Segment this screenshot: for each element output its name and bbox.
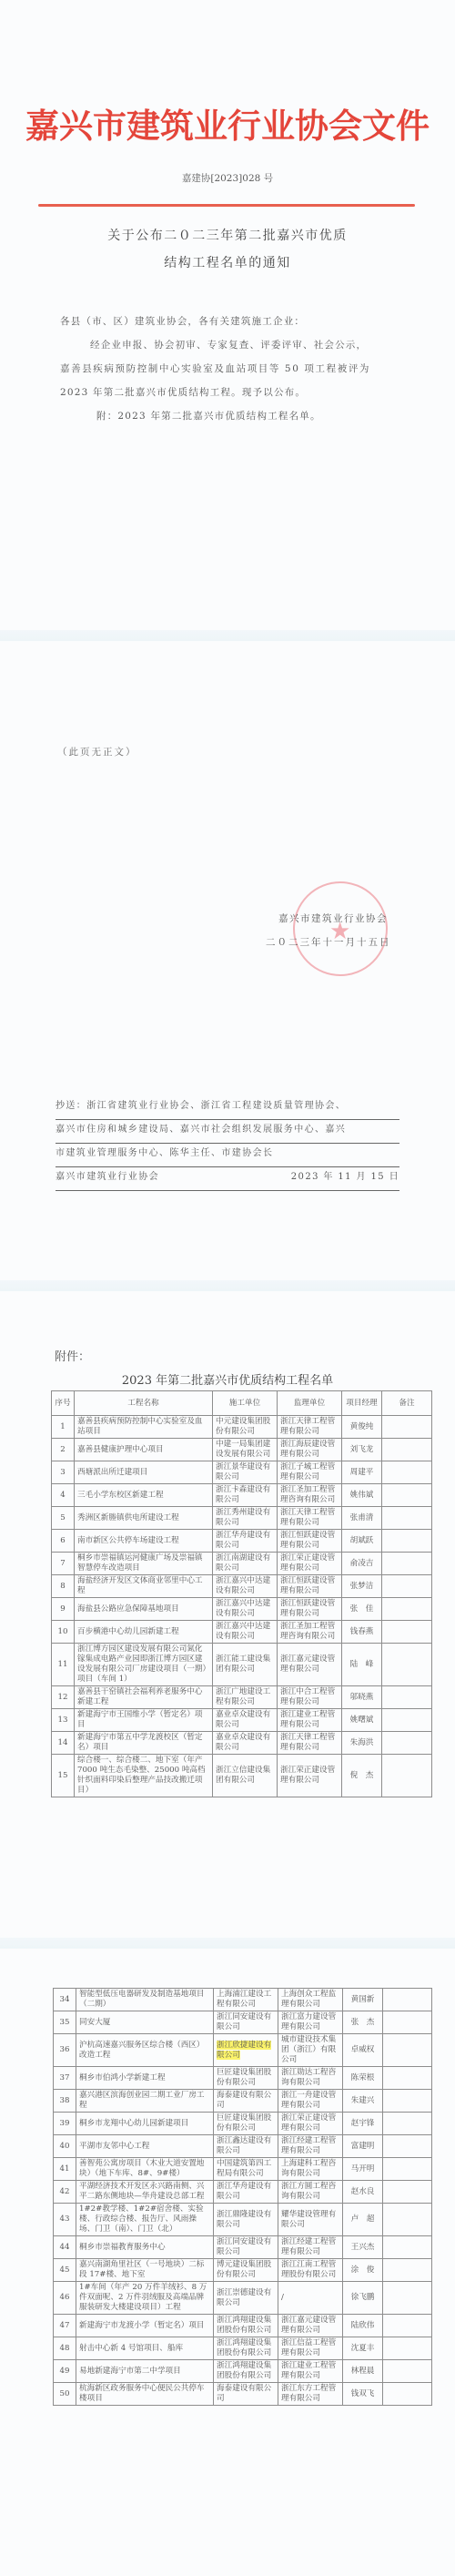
- note-cell: [383, 2113, 432, 2135]
- row-number-cell: 13: [52, 1709, 75, 1732]
- project-manager: 涂 俊: [351, 2265, 375, 2275]
- project-name-cell: 沪杭高速嘉兴服务区综合楼（西区）改造工程: [76, 2034, 214, 2067]
- supervisor-cell: 浙江嘉元建设管理有限公司: [278, 2315, 343, 2337]
- note-cell: [382, 1575, 432, 1598]
- contractor-cell: 浙江同安建设有限公司: [214, 2236, 278, 2259]
- row-number-cell: 43: [54, 2204, 76, 2236]
- row-number-cell: 14: [52, 1732, 75, 1755]
- contractor: 浙江华舟建设有限公司: [217, 2182, 271, 2201]
- supervisor: 浙江恒跃建设管理有限公司: [280, 1599, 335, 1618]
- contractor: 浙江能工建设集团有限公司: [216, 1655, 270, 1674]
- table-row: 48射击中心新 4 号馆项目、船库浙江鸿翔建设集团股份有限公司浙江信益工程管理有…: [54, 2337, 432, 2360]
- row-number-cell: 49: [54, 2360, 76, 2383]
- row-number-cell: 1: [52, 1416, 75, 1439]
- project-name: 善智苑公寓房项目（木业大道安置地块）（地下车库、8#、9#楼）: [79, 2159, 205, 2178]
- project-name-cell: 智能型低压电器研发及制造基地项目（二期）: [76, 1989, 214, 2011]
- note-cell: [382, 1461, 432, 1484]
- project-name: 智能型低压电器研发及制造基地项目（二期）: [79, 1990, 205, 2009]
- project-name-cell: 综合楼一、综合楼二、地下室（年产 7000 吨生态毛染整、25000 吨高档针织…: [75, 1755, 213, 1797]
- note-cell: [382, 1530, 432, 1553]
- project-name: 桐乡市崇福镇运河健康广场及崇福镇智慧停车改造项目: [77, 1553, 203, 1573]
- contractor-cell: 嘉业卓众建设有限公司: [213, 1709, 278, 1732]
- project-manager-cell: 张梦洁: [342, 1575, 382, 1598]
- project-manager-cell: 徐飞鹏: [343, 2282, 383, 2315]
- cc-line: 抄送：浙江省建筑业行业协会、浙江省工程建设质量管理协会、: [56, 1096, 399, 1120]
- supervisor-cell: 浙江荣正建设管理有限公司: [278, 2113, 343, 2135]
- project-manager: 王兴杰: [351, 2243, 375, 2252]
- note-cell: [382, 1439, 432, 1461]
- page-break: [0, 1938, 455, 1949]
- project-name-cell: 1#2#教学楼、1#2#宿舍楼、实验楼、行政综合楼、报告厅、风雨操场、门卫（南）…: [76, 2204, 214, 2236]
- note-cell: [383, 2337, 432, 2360]
- row-number-cell: 40: [54, 2135, 76, 2158]
- row-number-cell: 11: [52, 1644, 75, 1686]
- contractor-cell: 海泰建设有限公司: [214, 2383, 278, 2406]
- supervisor: 浙江经建工程管理有限公司: [281, 2136, 336, 2155]
- project-name: 综合楼一、综合楼二、地下室（年产 7000 吨生态毛染整、25000 吨高档针织…: [77, 1756, 206, 1795]
- project-manager: 卓威权: [351, 2045, 375, 2054]
- supervisor-cell: 上海建科工程咨询有限公司: [278, 2158, 343, 2181]
- project-manager: 卢 超: [351, 2215, 375, 2224]
- supervisor: 浙江圣加工程管理咨询有限公司: [280, 1622, 335, 1641]
- supervisor-cell: 浙江荣正建设管理有限公司: [278, 1553, 342, 1575]
- supervisor-cell: 浙江经建工程管理有限公司: [278, 2236, 343, 2259]
- row-number: 5: [60, 1513, 65, 1522]
- row-number: 40: [60, 2142, 70, 2151]
- official-seal: ★: [293, 881, 388, 976]
- project-manager-cell: 赵水良: [343, 2181, 383, 2204]
- row-number: 37: [60, 2073, 70, 2082]
- supervisor-cell: 浙江信益工程管理有限公司: [278, 2337, 343, 2360]
- project-name-cell: 百步横港中心幼儿园新建工程: [75, 1621, 213, 1644]
- table-row: 39桐乡市龙翔中心幼儿园新建项目巨匠建设集团股份有限公司浙江荣正建设管理有限公司…: [54, 2113, 432, 2135]
- project-name: 嘉善县健康护理中心项目: [77, 1445, 164, 1454]
- supervisor: 浙江方圆工程咨询有限公司: [281, 2182, 336, 2201]
- supervisor-cell: 浙江天律工程管理有限公司: [278, 1416, 342, 1439]
- project-name: 新建海宁市龙渡小学（暂定名）项目: [79, 2321, 205, 2330]
- cc-block: 抄送：浙江省建筑业行业协会、浙江省工程建设质量管理协会、 嘉兴市住房和城乡建设局…: [56, 1096, 399, 1191]
- contractor-cell: 浙江华舟建设有限公司: [213, 1530, 278, 1553]
- note-cell: [383, 2135, 432, 2158]
- supervisor-cell: 浙江方圆工程咨询有限公司: [278, 2181, 343, 2204]
- contractor: 巨匠建设集团股份有限公司: [217, 2068, 271, 2087]
- project-manager-cell: 卢 超: [343, 2204, 383, 2236]
- contractor: 浙江鼎隆建设有限公司: [217, 2210, 271, 2229]
- row-number-cell: 41: [54, 2158, 76, 2181]
- project-name: 1#2#教学楼、1#2#宿舍楼、实验楼、行政综合楼、报告厅、风雨操场、门卫（南）…: [79, 2204, 204, 2234]
- table-row: 15综合楼一、综合楼二、地下室（年产 7000 吨生态毛染整、25000 吨高档…: [52, 1755, 432, 1797]
- note-cell: [383, 2034, 432, 2067]
- note-cell: [382, 1598, 432, 1621]
- project-name: 平湖市友邻中心工程: [79, 2142, 149, 2151]
- contractor-cell: 中元建设集团股份有限公司: [213, 1416, 278, 1439]
- project-manager: 陆 峰: [350, 1660, 374, 1669]
- annex-title: 2023 年第二批嘉兴市优质结构工程名单: [0, 1370, 455, 1388]
- contractor-cell: 浙江鼎隆建设有限公司: [214, 2204, 278, 2236]
- row-number-cell: 48: [54, 2337, 76, 2360]
- row-number: 7: [60, 1559, 65, 1568]
- contractor: 浙江秀州建设有限公司: [216, 1508, 270, 1527]
- project-name: 嘉兴南湖角里社区（一号地块）二标段 17#楼、地下室: [79, 2260, 205, 2279]
- supervisor: 浙江海辰建设管理有限公司: [280, 1440, 335, 1459]
- row-number-cell: 42: [54, 2181, 76, 2204]
- project-name-cell: 桐乡市龙翔中心幼儿园新建项目: [76, 2113, 214, 2135]
- row-number-cell: 12: [52, 1686, 75, 1709]
- note-cell: [383, 2315, 432, 2337]
- project-manager-cell: 张甫清: [342, 1507, 382, 1530]
- note-cell: [383, 2204, 432, 2236]
- col-header-note: 备注: [382, 1391, 432, 1416]
- project-manager: 张 杰: [351, 2018, 375, 2027]
- row-number: 9: [60, 1604, 65, 1614]
- row-number: 12: [58, 1693, 68, 1702]
- row-number-cell: 7: [52, 1553, 75, 1575]
- project-name-cell: 易地新建海宁市第二中学项目: [76, 2360, 214, 2383]
- project-name: 射击中心新 4 号馆项目、船库: [79, 2344, 183, 2353]
- project-name: 浙江博方园区建设发展有限公司氮化镓集成电路产业园即浙江博方园区建设发展有限公司厂…: [77, 1644, 207, 1684]
- contractor-cell: 浙江广地建设工程有限公司: [213, 1686, 278, 1709]
- row-number-cell: 37: [54, 2067, 76, 2090]
- row-number: 4: [60, 1491, 65, 1500]
- row-number-cell: 10: [52, 1621, 75, 1644]
- project-manager-cell: 朱海洪: [342, 1732, 382, 1755]
- contractor-cell: 浙江景华建设有限公司: [213, 1461, 278, 1484]
- contractor: 浙江立信建设集团有限公司: [216, 1766, 270, 1785]
- project-manager-cell: 卓威权: [343, 2034, 383, 2067]
- row-number: 41: [60, 2164, 70, 2174]
- project-name-cell: 嘉善县健康护理中心项目: [75, 1439, 213, 1461]
- contractor-cell: 博元建设集团股份有限公司: [214, 2259, 278, 2282]
- project-name: 西塘派出所迁建项目: [77, 1468, 147, 1477]
- project-manager-cell: 王兴杰: [343, 2236, 383, 2259]
- table-row: 9海盐县公路应急保障基地项目浙江嘉兴中达建设有限公司浙江恒跃建设管理有限公司张 …: [52, 1598, 432, 1621]
- supervisor: 浙江嘉元建设管理有限公司: [281, 2316, 336, 2335]
- contractor: 浙江崇德建设有限公司: [217, 2288, 271, 2307]
- project-manager-cell: 胡斌跃: [342, 1530, 382, 1553]
- row-number-cell: 36: [54, 2034, 76, 2067]
- body-line: 嘉善县疾病预防控制中心实验室及血站项目等 50 项工程被评为: [60, 357, 406, 381]
- row-number-cell: 35: [54, 2011, 76, 2034]
- supervisor-cell: 浙江嘉元建设管理有限公司: [278, 1644, 342, 1686]
- contractor-cell: 嘉业卓众建设有限公司: [213, 1732, 278, 1755]
- project-manager: 朱海洪: [350, 1738, 374, 1747]
- contractor: 海泰建设有限公司: [217, 2384, 271, 2403]
- supervisor-cell: 浙江荣正建设管理有限公司: [278, 1755, 342, 1797]
- page-break: [0, 1280, 455, 1291]
- project-manager-cell: 朱建兴: [343, 2090, 383, 2113]
- cc-text: 嘉兴市住房和城乡建设局、嘉兴市社会组织发展服务中心、嘉兴: [56, 1125, 346, 1135]
- row-number: 3: [60, 1468, 65, 1477]
- project-manager: 赵宇锋: [351, 2119, 375, 2128]
- project-name-cell: 西塘派出所迁建项目: [75, 1461, 213, 1484]
- row-number: 42: [60, 2187, 70, 2196]
- project-name: 杭海新区政务服务中心便民公共停车楼项目: [79, 2384, 205, 2403]
- table-row: 35同安大厦浙江同安建设有限公司浙江富力建设管理有限公司张 杰: [54, 2011, 432, 2034]
- row-number: 14: [58, 1738, 68, 1747]
- row-number: 48: [60, 2344, 70, 2353]
- contractor: 中建一局集团建设发展有限公司: [216, 1440, 270, 1459]
- supervisor: 浙江信益工程管理有限公司: [281, 2338, 336, 2357]
- project-name: 嘉善县疾病预防控制中心实验室及血站项目: [77, 1417, 203, 1436]
- project-manager-cell: 黄俊纯: [342, 1416, 382, 1439]
- supervisor: 浙江圣加工程管理咨询有限公司: [280, 1485, 335, 1504]
- supervisor: 浙江建业工程管理有限公司: [280, 1710, 335, 1729]
- row-number-cell: 44: [54, 2236, 76, 2259]
- table-row: 3西塘派出所迁建项目浙江景华建设有限公司浙江子城工程管理有限公司周建平: [52, 1461, 432, 1484]
- contractor-cell: 中国建筑第四工程局有限公司: [214, 2158, 278, 2181]
- contractor: 上海浦江建设工程有限公司: [217, 1990, 271, 2009]
- contractor-cell: 浙江鸿翔建设集团股份有限公司: [214, 2360, 278, 2383]
- contractor: 浙江同安建设有限公司: [217, 2012, 271, 2031]
- note-cell: [382, 1709, 432, 1732]
- contractor-cell: 浙江卡森建设有限公司: [213, 1484, 278, 1507]
- contractor: 浙江嘉兴中达建设有限公司: [216, 1622, 270, 1641]
- row-number-cell: 5: [52, 1507, 75, 1530]
- cc-line: 市建筑业管理服务中心、陈华主任、市建协会长: [56, 1144, 399, 1167]
- supervisor-cell: 耀华建设管理有限公司: [278, 2204, 343, 2236]
- project-name-cell: 桐乡市伯鸿小学新建工程: [76, 2067, 214, 2090]
- supervisor-cell: 浙江一舟建设管理有限公司: [278, 2090, 343, 2113]
- project-manager-cell: 马开明: [343, 2158, 383, 2181]
- project-name: 桐乡市崇福教育服务中心: [79, 2243, 166, 2252]
- row-number-cell: 50: [54, 2383, 76, 2406]
- note-cell: [383, 2158, 432, 2181]
- project-manager: 周建平: [350, 1468, 374, 1477]
- table-row: 13新建海宁市王国维小学（暂定名）项目嘉业卓众建设有限公司浙江建业工程管理有限公…: [52, 1709, 432, 1732]
- supervisor: 浙江天律工程管理有限公司: [280, 1508, 335, 1527]
- supervisor-cell: 浙江经建工程管理有限公司: [278, 2135, 343, 2158]
- contractor: 浙江广地建设工程有限公司: [216, 1687, 270, 1706]
- scan-band: [0, 630, 455, 641]
- table-row: 5秀洲区新塍镇供电所建设工程浙江秀州建设有限公司浙江天律工程管理有限公司张甫清: [52, 1507, 432, 1530]
- project-name: 南市新区公共停车场建设工程: [77, 1536, 179, 1545]
- red-divider: [38, 204, 415, 207]
- supervisor-cell: 浙江圣加工程管理咨询有限公司: [278, 1621, 342, 1644]
- note-cell: [382, 1416, 432, 1439]
- issuer-line: 嘉兴市建筑业行业协会 2023 年 11 月 15 日: [56, 1167, 399, 1191]
- supervisor-cell: 浙江东方工程管理有限公司: [278, 2383, 343, 2406]
- contractor-cell: 海泰建设有限公司: [214, 2090, 278, 2113]
- table-row: 2嘉善县健康护理中心项目中建一局集团建设发展有限公司浙江海辰建设管理有限公司刘飞…: [52, 1439, 432, 1461]
- row-number: 43: [60, 2215, 70, 2224]
- project-manager: 陈荣根: [351, 2073, 375, 2082]
- row-number: 45: [60, 2265, 70, 2275]
- project-name: 易地新建海宁市第二中学项目: [79, 2367, 181, 2376]
- supervisor: 浙江荣正建设管理有限公司: [281, 2113, 336, 2133]
- note-cell: [383, 2383, 432, 2406]
- table-row: 8海盐经济开发区文体商业邻里中心工程浙江嘉兴中达建设有限公司浙江恒跃建设管理有限…: [52, 1575, 432, 1598]
- project-name-cell: 杭海新区政务服务中心便民公共停车楼项目: [76, 2383, 214, 2406]
- project-name-cell: 善智苑公寓房项目（木业大道安置地块）（地下车库、8#、9#楼）: [76, 2158, 214, 2181]
- table-row: 7桐乡市崇福镇运河健康广场及崇福镇智慧停车改造项目浙江南湖建设有限公司浙江荣正建…: [52, 1553, 432, 1575]
- row-number-cell: 38: [54, 2090, 76, 2113]
- note-cell: [383, 2067, 432, 2090]
- project-name: 海盐县公路应急保障基地项目: [77, 1604, 179, 1614]
- row-number: 1: [60, 1422, 65, 1431]
- table-row: 45嘉兴南湖角里社区（一号地块）二标段 17#楼、地下室博元建设集团股份有限公司…: [54, 2259, 432, 2282]
- contractor: 浙江鑫达建设有限公司: [217, 2136, 271, 2155]
- col-header-contractor: 施工单位: [213, 1391, 278, 1416]
- contractor-cell: 浙江南湖建设有限公司: [213, 1553, 278, 1575]
- project-name: 海盐经济开发区文体商业邻里中心工程: [77, 1576, 203, 1595]
- row-number: 47: [60, 2321, 70, 2330]
- row-number-cell: 15: [52, 1755, 75, 1797]
- project-name-cell: 平湖经济技术开发区永兴路南侧、兴平二路东侧地块—华舟建设总部工程: [76, 2181, 214, 2204]
- supervisor-cell: /: [278, 2282, 343, 2315]
- row-number: 36: [60, 2045, 70, 2054]
- contractor: 海泰建设有限公司: [217, 2091, 271, 2110]
- project-name-cell: 新建海宁市第五中学龙渡校区（暂定名）项目: [75, 1732, 213, 1755]
- row-number: 11: [58, 1660, 68, 1669]
- contractor-cell: 中建一局集团建设发展有限公司: [213, 1439, 278, 1461]
- table-row: 50杭海新区政务服务中心便民公共停车楼项目海泰建设有限公司浙江东方工程管理有限公…: [54, 2383, 432, 2406]
- project-manager-cell: 周建平: [342, 1461, 382, 1484]
- col-header-project: 工程名称: [75, 1391, 213, 1416]
- col-header-no: 序号: [52, 1391, 75, 1416]
- project-name-cell: 新建海宁市王国维小学（暂定名）项目: [75, 1709, 213, 1732]
- supervisor-cell: 浙江天律工程管理有限公司: [278, 1507, 342, 1530]
- contractor-cell: 浙江崇德建设有限公司: [214, 2282, 278, 2315]
- project-manager-cell: 刘飞龙: [342, 1439, 382, 1461]
- project-manager: 黄国新: [351, 1995, 375, 2004]
- annex-label: 附件：: [55, 1347, 90, 1364]
- contractor: 浙江鸿翔建设集团股份有限公司: [217, 2316, 271, 2335]
- supervisor: 浙江勋达工程咨询有限公司: [281, 2068, 336, 2087]
- project-manager: 朱建兴: [351, 2096, 375, 2105]
- project-manager-cell: 张 佳: [342, 1598, 382, 1621]
- supervisor: 浙江子城工程管理有限公司: [280, 1462, 335, 1481]
- row-number-cell: 4: [52, 1484, 75, 1507]
- contractor-cell: 巨匠建设集团股份有限公司: [214, 2067, 278, 2090]
- supervisor-cell: 浙江恒跃建设管理有限公司: [278, 1598, 342, 1621]
- project-manager: 赵水良: [351, 2187, 375, 2196]
- table-row: 49易地新建海宁市第二中学项目浙江鸿翔建设集团股份有限公司浙江建业工程管理有限公…: [54, 2360, 432, 2383]
- project-name: 嘉兴港区滨海创业园二期工业厂房工程: [79, 2091, 205, 2110]
- row-number: 10: [58, 1627, 68, 1636]
- supervisor: 浙江中合工程管理有限公司: [280, 1687, 335, 1706]
- note-cell: [383, 2282, 432, 2315]
- project-name-cell: 新建海宁市龙渡小学（暂定名）项目: [76, 2315, 214, 2337]
- table-row: 41善智苑公寓房项目（木业大道安置地块）（地下车库、8#、9#楼）中国建筑第四工…: [54, 2158, 432, 2181]
- notice-title-line1: 关于公布二０二三年第二批嘉兴市优质: [0, 226, 455, 244]
- contractor: 浙江卡森建设有限公司: [216, 1485, 270, 1504]
- note-cell: [382, 1732, 432, 1755]
- project-name: 同安大厦: [79, 2018, 110, 2027]
- cc-text: 市建筑业管理服务中心、陈华主任、市建协会长: [56, 1148, 273, 1158]
- contractor: 浙江欣捷建设有限公司: [217, 2041, 271, 2060]
- supervisor: 浙江江南工程管理股份有限公司: [281, 2260, 336, 2279]
- contractor-cell: 浙江鑫达建设有限公司: [214, 2135, 278, 2158]
- contractor-cell: 浙江鸿翔建设集团股份有限公司: [214, 2315, 278, 2337]
- contractor: 浙江嘉兴中达建设有限公司: [216, 1576, 270, 1595]
- row-number: 13: [58, 1716, 68, 1725]
- issuer-title: 嘉兴市建筑业行业协会文件: [0, 98, 455, 148]
- note-cell: [383, 2181, 432, 2204]
- row-number: 34: [60, 1995, 70, 2004]
- supervisor: 浙江天律工程管理有限公司: [280, 1733, 335, 1752]
- table-row: 11浙江博方园区建设发展有限公司氮化镓集成电路产业园即浙江博方园区建设发展有限公…: [52, 1644, 432, 1686]
- supervisor-cell: 上海创众工程监理有限公司: [278, 1989, 343, 2011]
- project-manager: 钱春燕: [350, 1627, 374, 1636]
- project-manager-cell: 邬晓燕: [342, 1686, 382, 1709]
- project-manager: 俞凌吉: [350, 1559, 374, 1568]
- table-row: 40平湖市友邻中心工程浙江鑫达建设有限公司浙江经建工程管理有限公司富建明: [54, 2135, 432, 2158]
- project-manager-cell: 富建明: [343, 2135, 383, 2158]
- project-manager: 马开明: [351, 2164, 375, 2174]
- project-name: 三毛小学东校区新建工程: [77, 1491, 164, 1500]
- supervisor: 浙江恒跃建设管理有限公司: [280, 1531, 335, 1550]
- row-number-cell: 45: [54, 2259, 76, 2282]
- supervisor: 浙江经建工程管理有限公司: [281, 2237, 336, 2256]
- project-name: 沪杭高速嘉兴服务区综合楼（西区）改造工程: [79, 2041, 205, 2060]
- contractor-cell: 浙江鸿翔建设集团股份有限公司: [214, 2337, 278, 2360]
- project-manager-cell: 陈荣根: [343, 2067, 383, 2090]
- project-manager-cell: 俞凌吉: [342, 1553, 382, 1575]
- project-manager-cell: 张 杰: [343, 2011, 383, 2034]
- note-cell: [383, 2236, 432, 2259]
- contractor-cell: 浙江同安建设有限公司: [214, 2011, 278, 2034]
- contractor-cell: 浙江嘉兴中达建设有限公司: [213, 1621, 278, 1644]
- row-number: 15: [58, 1771, 68, 1780]
- project-manager: 张 佳: [350, 1604, 374, 1614]
- col-header-supervisor: 监理单位: [278, 1391, 342, 1416]
- supervisor-cell: 浙江富力建设管理有限公司: [278, 2011, 343, 2034]
- project-name-cell: 嘉兴南湖角里社区（一号地块）二标段 17#楼、地下室: [76, 2259, 214, 2282]
- project-manager-cell: 倪 杰: [342, 1755, 382, 1797]
- supervisor: 浙江东方工程管理有限公司: [281, 2384, 336, 2403]
- table-row: 12嘉善县干窑镇社会福利养老服务中心新建工程浙江广地建设工程有限公司浙江中合工程…: [52, 1686, 432, 1709]
- project-table-page1: 序号 工程名称 施工单位 监理单位 项目经理 备注 1嘉善县疾病预防控制中心实验…: [51, 1390, 432, 1797]
- supervisor: 浙江恒跃建设管理有限公司: [280, 1576, 335, 1595]
- project-manager: 张梦洁: [350, 1582, 374, 1591]
- table-row: 10百步横港中心幼儿园新建工程浙江嘉兴中达建设有限公司浙江圣加工程管理咨询有限公…: [52, 1621, 432, 1644]
- contractor: 浙江鸿翔建设集团股份有限公司: [217, 2338, 271, 2357]
- supervisor-cell: 浙江中合工程管理有限公司: [278, 1686, 342, 1709]
- row-number-cell: 34: [54, 1989, 76, 2011]
- project-name: 1#车间（年产 20 万件羊绒衫、8 万件双面呢、2 万件羽绒服及高端品牌服装研…: [79, 2283, 207, 2312]
- supervisor: 浙江富力建设管理有限公司: [281, 2012, 336, 2031]
- table-row: 4三毛小学东校区新建工程浙江卡森建设有限公司浙江圣加工程管理咨询有限公司姚伟斌: [52, 1484, 432, 1507]
- supervisor-cell: 浙江海辰建设管理有限公司: [278, 1439, 342, 1461]
- project-manager: 张甫清: [350, 1513, 374, 1522]
- supervisor: 城市建设技术集团（浙江）有限公司: [281, 2035, 336, 2064]
- row-number: 8: [60, 1582, 65, 1591]
- contractor: 浙江同安建设有限公司: [217, 2237, 271, 2256]
- row-number-cell: 3: [52, 1461, 75, 1484]
- contractor: 浙江嘉兴中达建设有限公司: [216, 1599, 270, 1618]
- project-manager: 富建明: [351, 2142, 375, 2151]
- salutation: 各县（市、区）建筑业协会，各有关建筑施工企业：: [60, 310, 406, 333]
- body-line: 2023 年第二批嘉兴市优质结构工程。现予以公布。: [60, 381, 406, 404]
- project-name-cell: 海盐经济开发区文体商业邻里中心工程: [75, 1575, 213, 1598]
- supervisor: 上海创众工程监理有限公司: [281, 1990, 336, 2009]
- row-number: 2: [60, 1445, 65, 1454]
- contractor-cell: 浙江华舟建设有限公司: [214, 2181, 278, 2204]
- project-name: 嘉善县干窑镇社会福利养老服务中心新建工程: [77, 1687, 203, 1706]
- table-row: 1嘉善县疾病预防控制中心实验室及血站项目中元建设集团股份有限公司浙江天律工程管理…: [52, 1416, 432, 1439]
- note-cell: [383, 2011, 432, 2034]
- project-manager: 姚伟斌: [350, 1491, 374, 1500]
- table-header-row: 序号 工程名称 施工单位 监理单位 项目经理 备注: [52, 1391, 432, 1416]
- project-manager-cell: 姚伟斌: [342, 1484, 382, 1507]
- note-cell: [382, 1484, 432, 1507]
- project-manager: 邬晓燕: [350, 1693, 374, 1702]
- contractor: 浙江鸿翔建设集团股份有限公司: [217, 2361, 271, 2380]
- supervisor-cell: 城市建设技术集团（浙江）有限公司: [278, 2034, 343, 2067]
- row-number: 35: [60, 2018, 70, 2027]
- project-name-cell: 桐乡市崇福镇运河健康广场及崇福镇智慧停车改造项目: [75, 1553, 213, 1575]
- supervisor-cell: 浙江江南工程管理股份有限公司: [278, 2259, 343, 2282]
